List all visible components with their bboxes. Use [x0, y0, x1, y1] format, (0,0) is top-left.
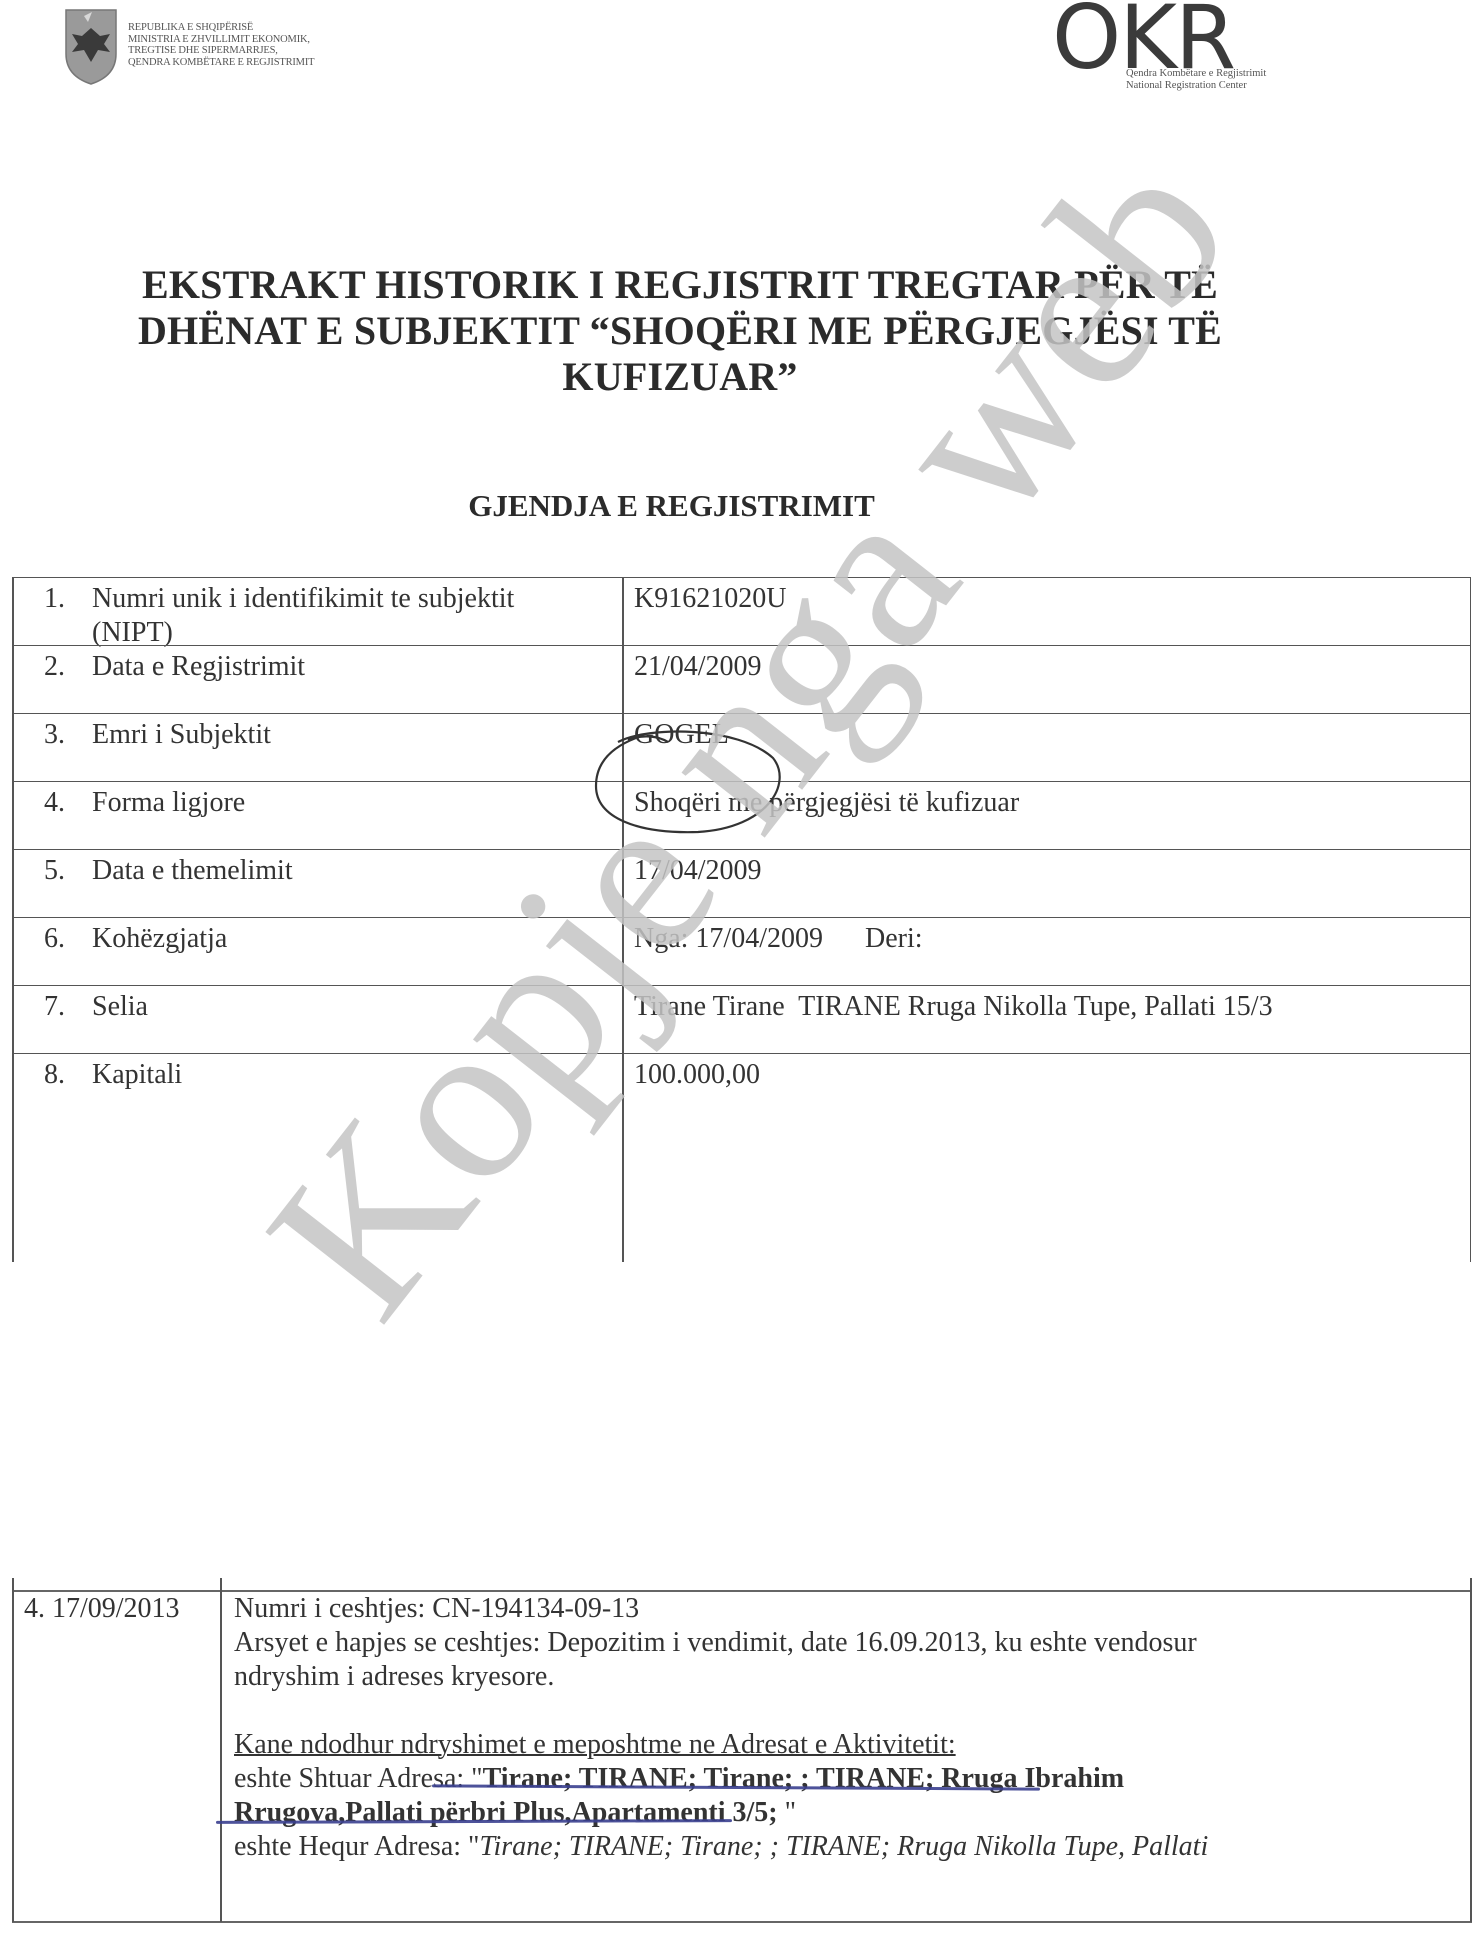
row-value-duration: Nga: 17/04/2009 Deri:: [634, 922, 923, 956]
row-number: 8.: [44, 1058, 92, 1092]
title-line: KUFIZUAR”: [60, 354, 1300, 400]
table-column-divider: [220, 1578, 222, 1922]
table-row-capital: 8.Kapitali 100.000,00: [12, 1053, 1471, 1122]
row-number: 6.: [44, 922, 92, 956]
row-label-text: Kapitali: [92, 1059, 182, 1090]
row-label: 4.Forma ligjore: [44, 786, 245, 820]
okr-subtitle-albanian: Qendra Kombëtare e Regjistrimit: [1126, 68, 1266, 80]
row-value-nipt: K91621020U: [634, 582, 786, 616]
table-row-seat: 7.Selia Tirane Tirane TIRANE Rruga Nikol…: [12, 985, 1471, 1054]
table-border: [1470, 1578, 1472, 1922]
case-number: Numri i ceshtjes: CN-194134-09-13: [234, 1592, 1464, 1626]
row-number: 5.: [44, 854, 92, 888]
row-label-text: Data e Regjistrimit: [92, 651, 305, 682]
row-label: 2.Data e Regjistrimit: [44, 650, 305, 684]
pen-circle-annotation: [588, 728, 788, 836]
added-address-line: eshte Shtuar Adresa: "Tirane; TIRANE; Ti…: [234, 1762, 1464, 1796]
removed-address-line: eshte Hequr Adresa: "Tirane; TIRANE; Tir…: [234, 1830, 1464, 1864]
row-label-text: Numri unik i identifikimit te subjektit: [92, 583, 514, 614]
table-row-registration-date: 2.Data e Regjistrimit 21/04/2009: [12, 645, 1471, 714]
section-heading: GJENDJA E REGJISTRIMIT: [0, 488, 1413, 524]
okr-subtitle-english: National Registration Center: [1126, 80, 1266, 92]
row-value-capital: 100.000,00: [634, 1058, 760, 1092]
added-address-close-quote: ": [785, 1797, 796, 1828]
page-gap: [0, 1262, 1483, 1572]
table-row-founding-date: 5.Data e themelimit 17/04/2009: [12, 849, 1471, 918]
added-address-line-2: Rrugova,Pallati përbri Plus,Apartamenti …: [234, 1796, 1464, 1830]
row-label: 1.Numri unik i identifikimit te subjekti…: [44, 582, 514, 650]
row-number: 1.: [44, 582, 92, 616]
registration-status-table: 1.Numri unik i identifikimit te subjekti…: [12, 577, 1471, 1277]
table-border: [12, 1578, 14, 1922]
row-number: 4.: [44, 786, 92, 820]
row-label: 5.Data e themelimit: [44, 854, 293, 888]
table-row-nipt: 1.Numri unik i identifikimit te subjekti…: [12, 577, 1471, 646]
row-value-registration-date: 21/04/2009: [634, 650, 762, 684]
spacer: [234, 1694, 1464, 1728]
history-entry-date: 4. 17/09/2013: [24, 1592, 180, 1626]
table-row-duration: 6.Kohëzgjatja Nga: 17/04/2009 Deri:: [12, 917, 1471, 986]
albanian-coat-of-arms-emblem: [62, 6, 120, 86]
case-reason: Arsyet e hapjes se ceshtjes: Depozitim i…: [234, 1626, 1464, 1660]
row-label-text: Forma ligjore: [92, 787, 245, 818]
changes-heading: Kane ndodhur ndryshimet e meposhtme ne A…: [234, 1728, 1464, 1762]
row-label-text: Selia: [92, 991, 148, 1022]
row-number: 7.: [44, 990, 92, 1024]
title-line: EKSTRAKT HISTORIK I REGJISTRIT TREGTAR P…: [60, 262, 1300, 308]
case-reason-continued: ndryshim i adreses kryesore.: [234, 1660, 1464, 1694]
gov-line: QENDRA KOMBËTARE E REGJISTRIMIT: [128, 57, 314, 69]
added-address-label: eshte Shtuar Adresa: ": [234, 1763, 483, 1794]
row-label: 6.Kohëzgjatja: [44, 922, 227, 956]
gov-line: REPUBLIKA E SHQIPËRISË: [128, 22, 314, 34]
row-label: 3.Emri i Subjektit: [44, 718, 271, 752]
row-label: 7.Selia: [44, 990, 148, 1024]
title-line: DHËNAT E SUBJEKTIT “SHOQËRI ME PËRGJEGJË…: [60, 308, 1300, 354]
table-border: [12, 1921, 1472, 1923]
gov-line: MINISTRIA E ZHVILLIMIT EKONOMIK,: [128, 34, 314, 46]
row-label-text: Data e themelimit: [92, 855, 293, 886]
row-value-seat: Tirane Tirane TIRANE Rruga Nikolla Tupe,…: [634, 990, 1273, 1024]
row-number: 2.: [44, 650, 92, 684]
row-label: 8.Kapitali: [44, 1058, 182, 1092]
okr-logo: OKR Qendra Kombëtare e Regjistrimit Nati…: [1052, 0, 1312, 110]
row-label-text: Emri i Subjektit: [92, 719, 271, 750]
change-history-table: 4. 17/09/2013 Numri i ceshtjes: CN-19413…: [12, 1578, 1472, 1938]
gov-line: TREGTISE DHE SIPERMARRJES,: [128, 45, 314, 57]
removed-address-value: Tirane; TIRANE; Tirane; ; TIRANE; Rruga …: [479, 1831, 1208, 1862]
removed-address-label: eshte Hequr Adresa: ": [234, 1831, 479, 1862]
row-label-text: Kohëzgjatja: [92, 923, 227, 954]
row-value-founding-date: 17/04/2009: [634, 854, 762, 888]
document-title: EKSTRAKT HISTORIK I REGJISTRIT TREGTAR P…: [60, 262, 1300, 400]
ministry-header-text: REPUBLIKA E SHQIPËRISË MINISTRIA E ZHVIL…: [128, 22, 314, 68]
row-number: 3.: [44, 718, 92, 752]
okr-subtitle: Qendra Kombëtare e Regjistrimit National…: [1126, 68, 1266, 92]
